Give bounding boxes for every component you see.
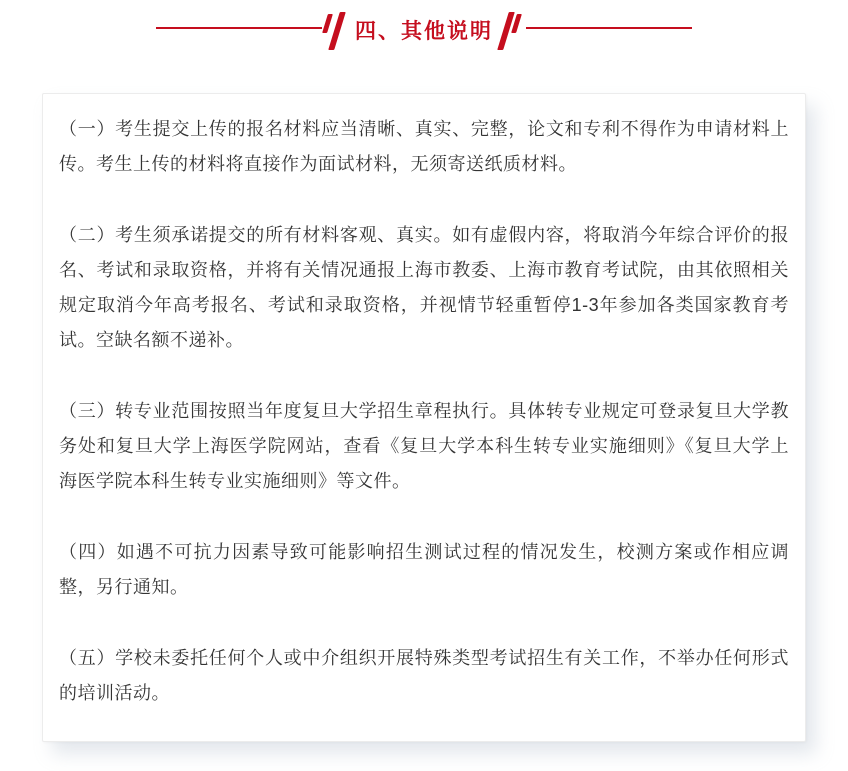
double-slash-icon-right — [503, 6, 523, 54]
double-slash-icon-left — [325, 6, 345, 54]
paragraph-4: （四）如遇不可抗力因素导致可能影响招生测试过程的情况发生，校测方案或作相应调整，… — [59, 535, 789, 605]
page: 四、其他说明 （一）考生提交上传的报名材料应当清晰、真实、完整，论文和专利不得作… — [0, 6, 848, 742]
paragraph-2: （二）考生须承诺提交的所有材料客观、真实。如有虚假内容，将取消今年综合评价的报名… — [59, 218, 789, 358]
section-header: 四、其他说明 — [0, 6, 848, 70]
paragraph-5: （五）学校未委托任何个人或中介组织开展特殊类型考试招生有关工作，不举办任何形式的… — [59, 641, 789, 711]
slash-bar-icon — [322, 14, 333, 33]
header-rule-left — [156, 27, 322, 29]
paragraph-3: （三）转专业范围按照当年度复旦大学招生章程执行。具体转专业规定可登录复旦大学教务… — [59, 394, 789, 499]
paragraph-1: （一）考生提交上传的报名材料应当清晰、真实、完整，论文和专利不得作为申请材料上传… — [59, 112, 789, 182]
section-title: 四、其他说明 — [355, 17, 493, 47]
content-box: （一）考生提交上传的报名材料应当清晰、真实、完整，论文和专利不得作为申请材料上传… — [42, 93, 806, 742]
header-rule-right — [526, 27, 692, 29]
